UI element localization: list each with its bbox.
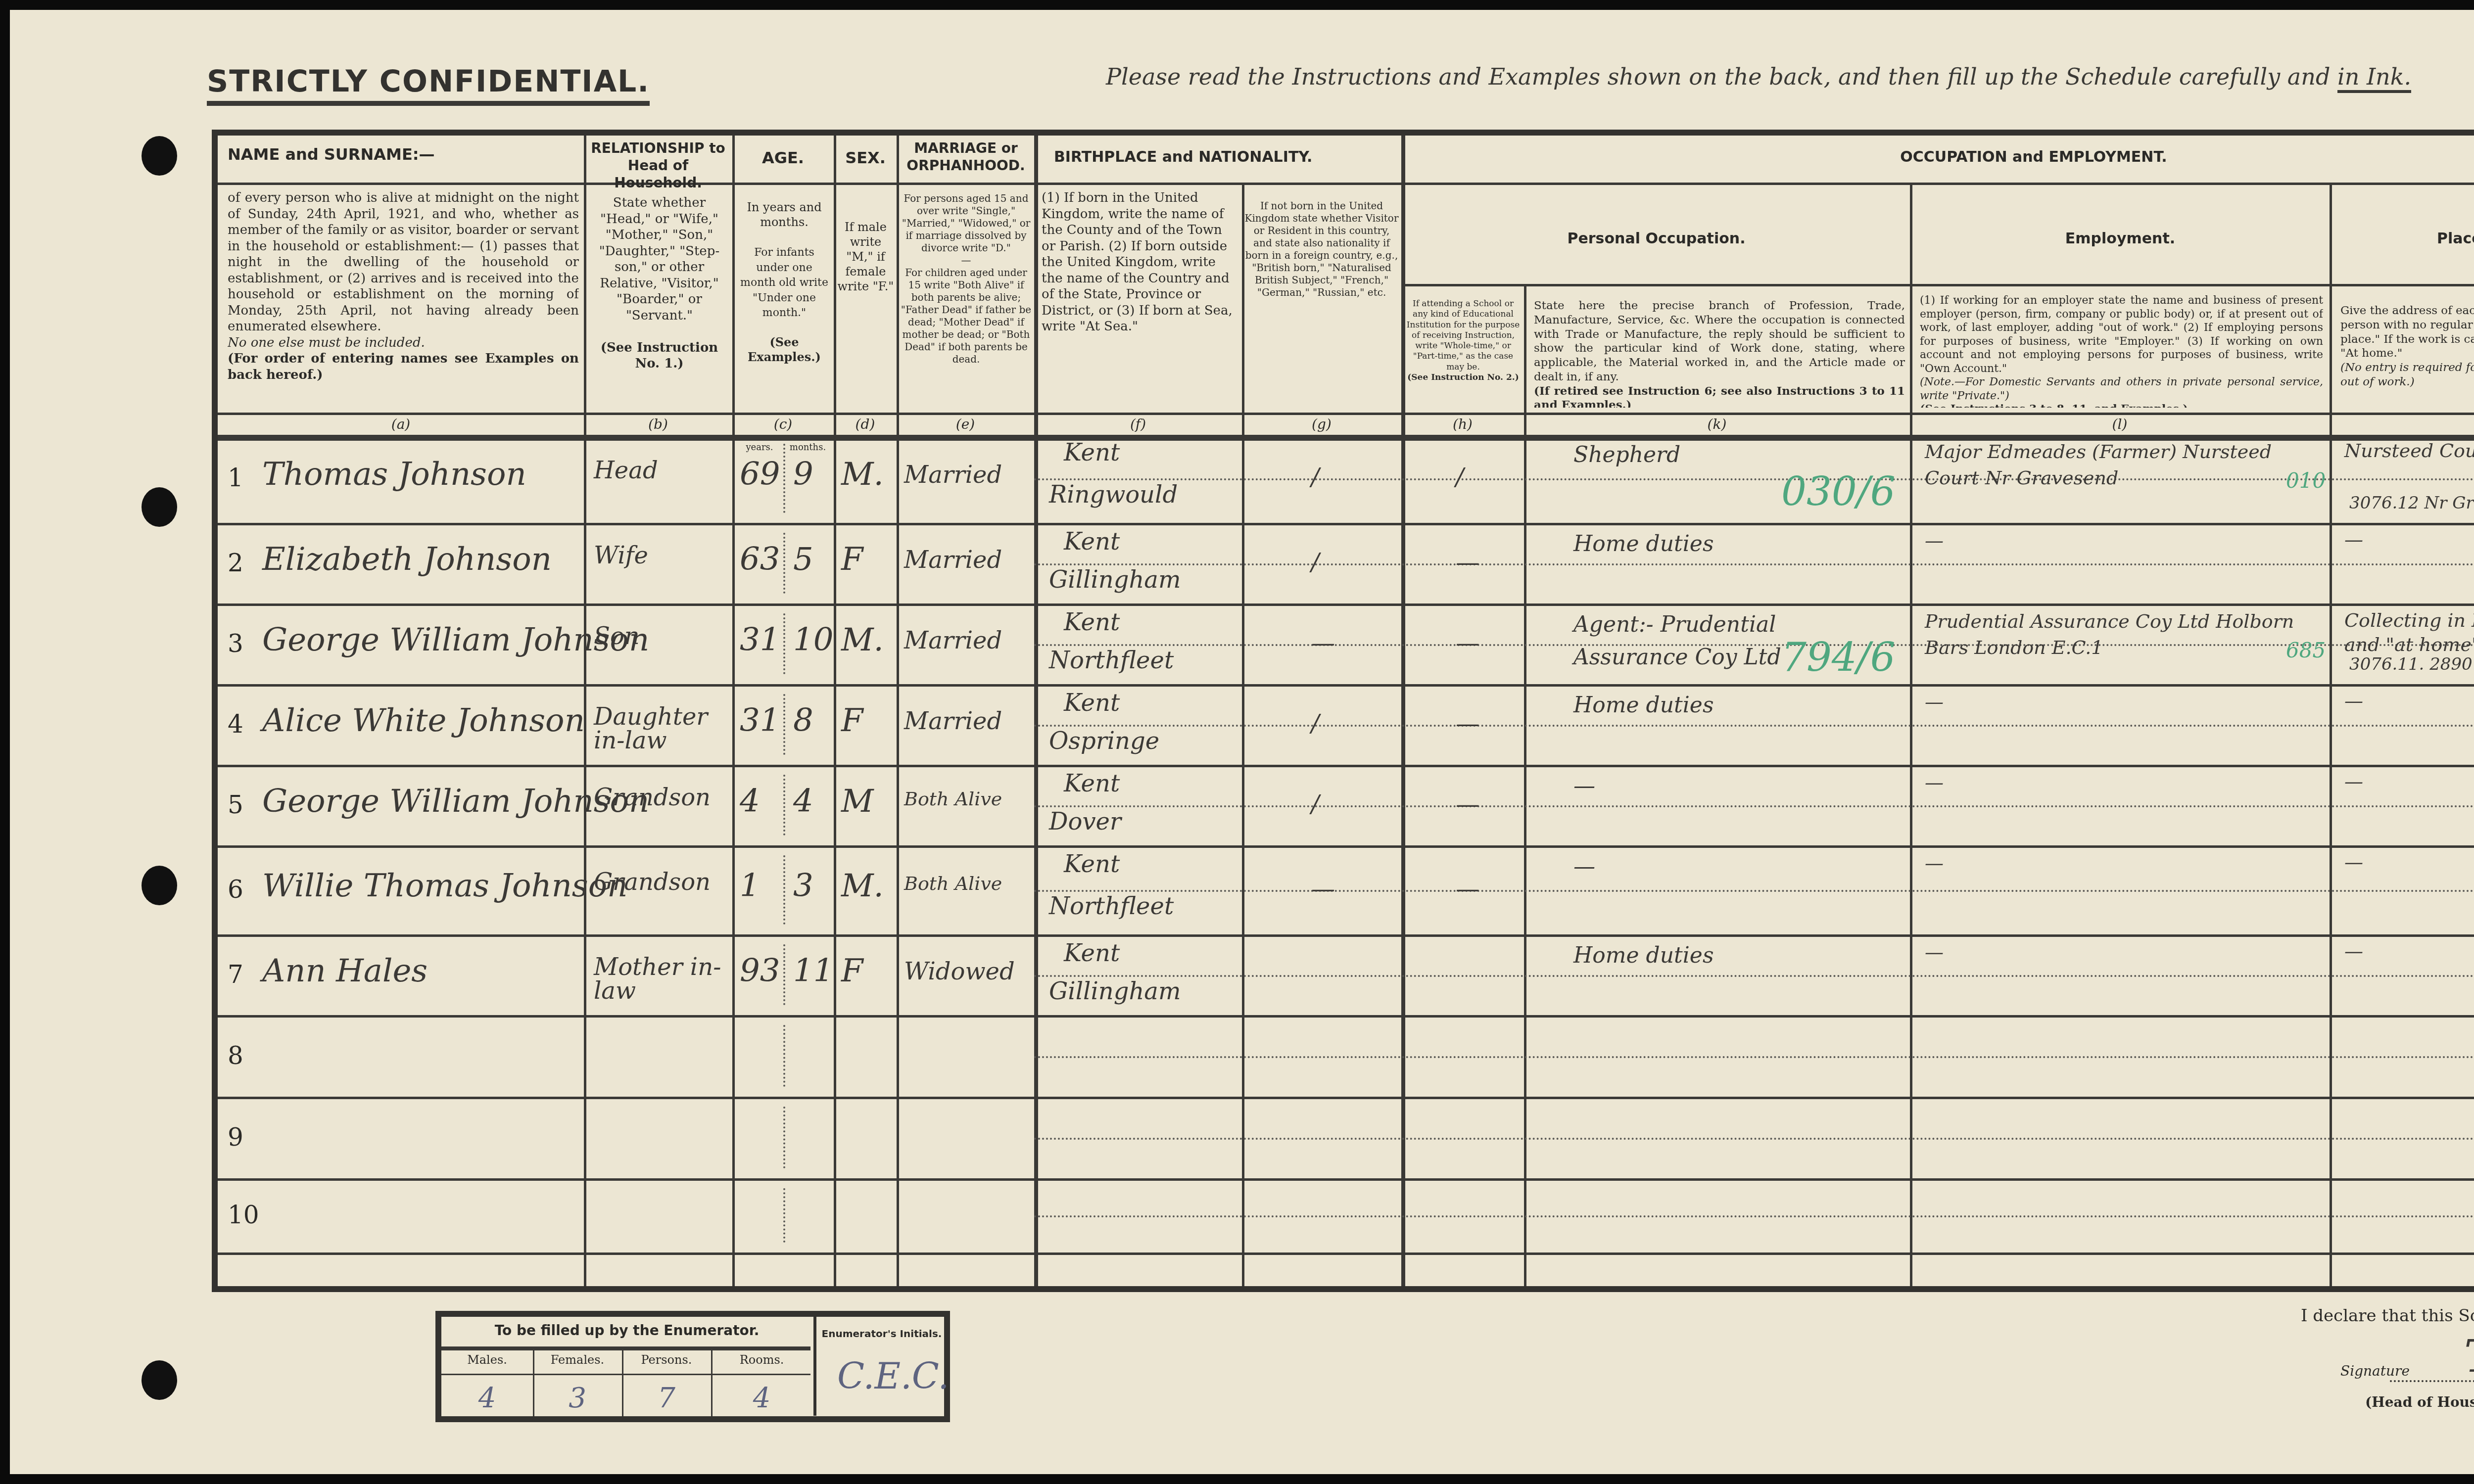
- birth-town[interactable]: Northfleet: [1049, 647, 1174, 674]
- row-number: 3: [228, 629, 243, 658]
- sex[interactable]: F: [841, 953, 863, 989]
- row-divider: [218, 1015, 2474, 1018]
- birth-town[interactable]: Gillingham: [1049, 977, 1181, 1005]
- personal-occupation[interactable]: Home duties: [1573, 689, 1851, 722]
- females-label: Females.: [533, 1352, 622, 1367]
- employment-code: 685: [2286, 638, 2326, 662]
- col-e-letter: (e): [897, 416, 1034, 433]
- col-f-letter: (f): [1034, 416, 1242, 433]
- age-months[interactable]: 5: [793, 541, 813, 578]
- education[interactable]: —: [1456, 710, 1479, 738]
- person-name[interactable]: Alice White Johnson: [262, 702, 585, 739]
- instructions-line: Please read the Instructions and Example…: [1106, 63, 2411, 90]
- employment-code: 010: [2286, 468, 2326, 493]
- col-m-body-text: Give the address of each person's place …: [2340, 304, 2474, 360]
- education[interactable]: —: [1456, 875, 1479, 903]
- col-e-title: MARRIAGE or ORPHANHOOD.: [900, 139, 1032, 174]
- col-m-letter: (m): [2330, 416, 2474, 433]
- males-count: 4: [441, 1381, 533, 1416]
- age-divider: [783, 613, 785, 674]
- declaration-text: I declare that this Schedule is correctl…: [2301, 1306, 2474, 1326]
- row-divider: [218, 603, 2474, 606]
- person-name[interactable]: Ann Hales: [262, 953, 428, 989]
- place-of-work-code: 3076.12 Nr Gravesend: [2349, 493, 2474, 513]
- age-months[interactable]: 4: [793, 783, 813, 820]
- age-years[interactable]: 1: [740, 868, 760, 904]
- nationality[interactable]: /: [1311, 549, 1319, 576]
- col-a-body: of every person who is alive at midnight…: [228, 190, 579, 408]
- age-months[interactable]: 8: [793, 702, 813, 739]
- enumerator-initials: C.E.C.: [837, 1354, 949, 1398]
- marriage-status[interactable]: Both Alive: [904, 788, 1002, 810]
- birth-county[interactable]: Kent: [1064, 939, 1120, 967]
- instructions-text: Please read the Instructions and Example…: [1106, 63, 2330, 90]
- persons-label: Persons.: [622, 1352, 711, 1367]
- birth-county[interactable]: Kent: [1064, 850, 1120, 878]
- age-divider: [783, 944, 785, 1005]
- signature-label: Signature: [2340, 1363, 2410, 1379]
- col-c-title: AGE.: [735, 148, 831, 168]
- row-divider: [218, 684, 2474, 687]
- relationship[interactable]: Wife: [594, 544, 722, 567]
- age-months[interactable]: 11: [793, 953, 833, 989]
- person-name[interactable]: Thomas Johnson: [262, 456, 526, 493]
- age-years[interactable]: 63: [740, 541, 780, 578]
- birth-town[interactable]: Northfleet: [1049, 892, 1174, 920]
- row-midline: [1034, 1138, 2474, 1140]
- person-name[interactable]: George William Johnson: [262, 622, 649, 658]
- col-a-title: NAME and SURNAME:—: [228, 144, 579, 164]
- signature-subtext: (Head of Household, Manager of Establish…: [2365, 1394, 2474, 1410]
- page-title: STRICTLY CONFIDENTIAL.: [207, 64, 650, 106]
- col-a-note: No one else must be included.: [228, 335, 425, 350]
- signature: Thomas Johnson: [2464, 1331, 2474, 1383]
- nationality[interactable]: /: [1311, 790, 1319, 818]
- col-l-title: Employment.: [1912, 230, 2328, 248]
- relationship[interactable]: Grandson: [594, 786, 722, 809]
- employer[interactable]: —: [1925, 939, 2311, 966]
- age-years[interactable]: 4: [740, 783, 760, 820]
- row-midline: [1034, 725, 2474, 727]
- personal-occupation-title: Personal Occupation.: [1405, 230, 1907, 248]
- sex[interactable]: M.: [841, 868, 884, 904]
- col-l-body-text: (1) If working for an employer state the…: [1920, 294, 2323, 375]
- enumerator-initials-label: Enumerator's Initials.: [817, 1328, 946, 1340]
- relationship[interactable]: Son: [594, 624, 722, 648]
- col-m-body: Give the address of each person's place …: [2340, 304, 2474, 408]
- col-b-note: (See Instruction No. 1.): [601, 340, 718, 371]
- birth-town[interactable]: Ospringe: [1049, 727, 1159, 755]
- sex[interactable]: M.: [841, 456, 884, 493]
- person-name[interactable]: Willie Thomas Johnson: [262, 868, 627, 904]
- col-e-body-text: For persons aged 15 and over write "Sing…: [902, 192, 1031, 254]
- row-divider: [218, 934, 2474, 937]
- row-divider: [218, 1178, 2474, 1181]
- row-number: 7: [228, 960, 243, 989]
- col-k-note: (If retired see Instruction 6; see also …: [1534, 384, 1905, 408]
- age-divider: [783, 855, 785, 925]
- personal-occupation[interactable]: —: [1573, 850, 1851, 883]
- place-of-work-code: 3076.11. 2890.01: [2349, 654, 2474, 674]
- birth-county[interactable]: Kent: [1064, 439, 1120, 466]
- age-divider: [783, 1107, 785, 1168]
- col-m-note: (No entry is required for any person who…: [2340, 361, 2474, 388]
- birth-town[interactable]: Dover: [1049, 808, 1121, 835]
- col-k-letter: (k): [1524, 416, 1910, 433]
- employer[interactable]: Prudential Assurance Coy Ltd Holborn Bar…: [1925, 608, 2311, 661]
- age-years[interactable]: 31: [740, 622, 780, 658]
- col-b-body: State whether "Head," or "Wife," "Mother…: [589, 195, 730, 408]
- age-divider: [783, 1188, 785, 1243]
- col-d-body: If male write "M," if female write "F.": [837, 220, 894, 408]
- age-years[interactable]: 31: [740, 702, 780, 739]
- education[interactable]: /: [1456, 464, 1464, 491]
- relationship[interactable]: Head: [594, 459, 722, 482]
- birth-county[interactable]: Kent: [1064, 608, 1120, 636]
- employer[interactable]: —: [1925, 689, 2311, 715]
- age-divider: [783, 444, 785, 513]
- col-m-title: Place of Work.: [2332, 230, 2474, 248]
- education[interactable]: —: [1456, 629, 1479, 657]
- birthplace-title: BIRTHPLACE and NATIONALITY.: [1039, 148, 1400, 167]
- punch-hole: [142, 1360, 177, 1400]
- col-c-note2: (See Examples.): [748, 335, 821, 364]
- marriage-status[interactable]: Married: [904, 461, 1002, 489]
- col-l-body: (1) If working for an employer state the…: [1920, 294, 2323, 408]
- males-label: Males.: [441, 1352, 533, 1367]
- age-divider: [783, 1025, 785, 1087]
- birth-county[interactable]: Kent: [1064, 770, 1120, 797]
- col-l-note2: (See Instructions 3 to 8, 11, and Exampl…: [1920, 403, 2188, 408]
- place-of-work[interactable]: —: [2344, 528, 2474, 552]
- col-l-note: (Note.—For Domestic Servants and others …: [1920, 376, 2323, 402]
- age-years[interactable]: 93: [740, 953, 780, 989]
- occupation-title: OCCUPATION and EMPLOYMENT.: [1405, 148, 2474, 167]
- row-divider: [218, 765, 2474, 767]
- row-number: 10: [228, 1201, 259, 1229]
- age-years[interactable]: 69: [740, 456, 780, 493]
- col-e-body: For persons aged 15 and over write "Sing…: [901, 192, 1032, 408]
- person-name[interactable]: George William Johnson: [262, 783, 649, 820]
- personal-occupation[interactable]: Home duties: [1573, 939, 1851, 972]
- age-years-label: years.: [735, 442, 784, 454]
- row-divider: [218, 523, 2474, 525]
- row-midline: [1034, 975, 2474, 977]
- row-number: 4: [228, 710, 243, 739]
- enumerator-box-heading: To be filled up by the Enumerator.: [441, 1322, 812, 1339]
- employer[interactable]: Major Edmeades (Farmer) Nursteed Court N…: [1925, 439, 2311, 491]
- place-of-work[interactable]: —: [2344, 850, 2474, 875]
- place-of-work[interactable]: —: [2344, 939, 2474, 964]
- enumerator-summary-box: To be filled up by the Enumerator. Enume…: [435, 1311, 950, 1422]
- age-months-label: months.: [782, 442, 834, 454]
- col-a-body-text: of every person who is alive at midnight…: [228, 190, 579, 334]
- row-number: 8: [228, 1041, 243, 1070]
- employer[interactable]: —: [1925, 770, 2311, 796]
- col-c-body-text: In years and months.: [747, 200, 821, 229]
- nationality[interactable]: /: [1311, 710, 1319, 738]
- punch-hole: [142, 866, 177, 905]
- nationality[interactable]: —: [1311, 875, 1335, 903]
- marriage-status[interactable]: Married: [904, 627, 1002, 654]
- sex[interactable]: F: [841, 702, 863, 739]
- punch-hole: [142, 136, 177, 176]
- col-h-body-text: If attending a School or any kind of Edu…: [1407, 299, 1520, 372]
- col-c-note: For infants under one month old write "U…: [740, 246, 828, 319]
- instructions-emphasis: in Ink.: [2337, 63, 2411, 93]
- row-midline: [1034, 1215, 2474, 1217]
- marriage-status[interactable]: Married: [904, 707, 1002, 735]
- col-c-letter: (c): [732, 416, 834, 433]
- col-h-body: If attending a School or any kind of Edu…: [1404, 299, 1522, 408]
- relationship[interactable]: Mother in-law: [594, 955, 722, 1003]
- relationship[interactable]: Grandson: [594, 870, 722, 894]
- col-d-title: SEX.: [836, 148, 895, 168]
- col-c-body: In years and months. For infants under o…: [737, 200, 831, 408]
- col-a-note2: (For order of entering names see Example…: [228, 351, 579, 382]
- age-divider: [783, 694, 785, 755]
- row-midline: [1034, 805, 2474, 807]
- education[interactable]: —: [1456, 549, 1479, 576]
- col-k-body-text: State here the precise branch of Profess…: [1534, 299, 1905, 383]
- age-divider: [783, 533, 785, 594]
- punch-hole: [142, 487, 177, 527]
- sex[interactable]: M: [841, 783, 874, 820]
- col-l-letter: (l): [1910, 416, 2330, 433]
- age-months[interactable]: 3: [793, 868, 813, 904]
- age-divider: [783, 775, 785, 835]
- row-number: 2: [228, 549, 243, 577]
- occupation-code: 794/6: [1781, 634, 1896, 680]
- row-number: 9: [228, 1123, 243, 1152]
- personal-occupation[interactable]: —: [1573, 770, 1851, 802]
- col-k-body: State here the precise branch of Profess…: [1534, 299, 1905, 408]
- age-months[interactable]: 10: [793, 622, 833, 658]
- rooms-count: 4: [711, 1381, 812, 1416]
- sex[interactable]: M.: [841, 622, 884, 658]
- persons-count: 7: [622, 1381, 711, 1416]
- nationality[interactable]: —: [1311, 629, 1335, 657]
- personal-occupation[interactable]: Shepherd: [1573, 439, 1851, 471]
- birth-town[interactable]: Gillingham: [1049, 566, 1181, 594]
- education[interactable]: —: [1456, 790, 1479, 818]
- row-divider: [218, 845, 2474, 848]
- col-h-letter: (h): [1401, 416, 1524, 433]
- col-b-body-text: State whether "Head," or "Wife," "Mother…: [599, 195, 719, 323]
- col-g-body: If not born in the United Kingdom state …: [1244, 200, 1399, 408]
- personal-occupation[interactable]: Home duties: [1573, 528, 1851, 560]
- occupation-code: 030/6: [1781, 468, 1896, 514]
- marriage-status[interactable]: Widowed: [904, 958, 1015, 985]
- col-h-note: (See Instruction No. 2.): [1407, 372, 1519, 382]
- place-of-work[interactable]: —: [2344, 770, 2474, 794]
- col-b-letter: (b): [584, 416, 732, 433]
- row-divider: [218, 1252, 2474, 1255]
- col-b-title: RELATIONSHIP to Head of Household.: [586, 139, 730, 191]
- place-of-work[interactable]: Collecting in Meopham District and "at h…: [2344, 608, 2474, 657]
- birth-county[interactable]: Kent: [1064, 689, 1120, 717]
- col-g-letter: (g): [1242, 416, 1401, 433]
- birth-town[interactable]: Ringwould: [1049, 481, 1178, 509]
- person-name[interactable]: Elizabeth Johnson: [262, 541, 552, 578]
- col-d-letter: (d): [834, 416, 897, 433]
- row-number: 1: [228, 464, 243, 492]
- row-midline: [1034, 1056, 2474, 1058]
- col-e-note: For children aged under 15 write "Both A…: [901, 267, 1031, 365]
- relationship[interactable]: Daughter in-law: [594, 705, 722, 752]
- row-midline: [1034, 563, 2474, 565]
- age-months[interactable]: 9: [793, 456, 813, 493]
- employer[interactable]: —: [1925, 528, 2311, 554]
- row-number: 6: [228, 875, 243, 904]
- birth-county[interactable]: Kent: [1064, 528, 1120, 556]
- marriage-status[interactable]: Married: [904, 546, 1002, 574]
- employer[interactable]: —: [1925, 850, 2311, 877]
- row-number: 5: [228, 790, 243, 819]
- col-f-body: (1) If born in the United Kingdom, write…: [1042, 190, 1239, 408]
- nationality[interactable]: /: [1311, 464, 1319, 491]
- marriage-status[interactable]: Both Alive: [904, 873, 1002, 894]
- row-midline: [1034, 890, 2474, 892]
- col-a-letter: (a): [218, 416, 584, 433]
- place-of-work[interactable]: —: [2344, 689, 2474, 713]
- signature-line: [2390, 1380, 2474, 1382]
- rooms-label: Rooms.: [711, 1352, 812, 1367]
- females-count: 3: [533, 1381, 622, 1416]
- sex[interactable]: F: [841, 541, 863, 578]
- place-of-work[interactable]: Nursteed Court Farm: [2344, 439, 2474, 463]
- row-divider: [218, 1097, 2474, 1099]
